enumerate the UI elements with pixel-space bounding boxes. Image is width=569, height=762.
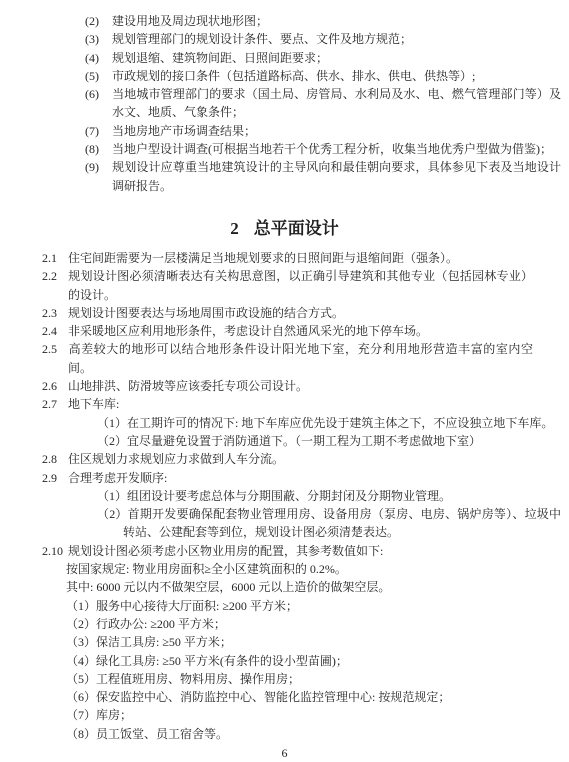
- list-item-text: 市政规划的接口条件（包括道路标高、供水、排水、供电、供热等）;: [112, 69, 475, 83]
- list-item-number: (7): [85, 122, 112, 140]
- section-item-text: 地下车库:: [68, 397, 119, 411]
- list-item-text: 规划管理部门的规划设计条件、要点、文件及地方规范；: [112, 32, 412, 46]
- list-item-number: (9): [85, 158, 112, 176]
- list-item: (4)规划退缩、建筑物间距、日照间距要求；: [85, 49, 561, 67]
- sub-item: （1）在工期许可的情况下: 地下车库应优先设于建筑主体之下，不应设独立地下车库。: [97, 414, 561, 432]
- list-item-text: 规划设计应尊重当地建筑设计的主导风向和最佳朝向要求，具体参见下表及当地设计调研报…: [112, 160, 561, 192]
- list-item-number: (8): [85, 140, 112, 158]
- section-item-number: 2.10: [42, 542, 68, 560]
- list-item: (7)当地房地产市场调查结果；: [85, 122, 561, 140]
- section-item-list: 2.1住宅间距需要为一层楼满足当地规划要求的日照间距与退缩间距（强条）。2.2规…: [42, 249, 533, 743]
- list-item: (9)规划设计应尊重当地建筑设计的主导风向和最佳朝向要求，具体参见下表及当地设计…: [85, 158, 561, 195]
- section-item-text: 非采暖地区应利用地形条件，考虑设计自然通风采光的地下停车场。: [68, 324, 428, 338]
- note-line: 按国家规定: 物业用房面积≥全小区建筑面积的 0.2%。: [66, 560, 555, 578]
- section-item: 2.1住宅间距需要为一层楼满足当地规划要求的日照间距与退缩间距（强条）。: [42, 249, 533, 267]
- section-item-number: 2.2: [42, 267, 68, 285]
- list-item-number: (6): [85, 85, 112, 103]
- section-item: 2.5高差较大的地形可以结合地形条件设计阳光地下室，充分利用地形营造丰富的室内空…: [42, 340, 533, 377]
- note-line: 其中: 6000 元以内不做架空层，6000 元以上造价的做架空层。: [66, 578, 555, 596]
- section-item-number: 2.8: [42, 450, 68, 468]
- list-item-number: (5): [85, 67, 112, 85]
- list-item: (5)市政规划的接口条件（包括道路标高、供水、排水、供电、供热等）;: [85, 67, 561, 85]
- section-item: 2.7地下车库:: [42, 395, 533, 413]
- section-item-text: 住区规划力求规划应力求做到人车分流。: [68, 452, 284, 466]
- list-item-number: (3): [85, 30, 112, 48]
- list-item-text: 当地房地产市场调查结果；: [112, 124, 256, 138]
- note-line: （3）保洁工具房: ≥50 平方米；: [66, 633, 555, 651]
- note-line: （4）绿化工具房: ≥50 平方米(有条件的设小型苗圃)；: [66, 652, 555, 670]
- list-item: (2)建设用地及周边现状地形图；: [85, 12, 561, 30]
- sub-item: （2）宜尽量避免设置于消防通道下。（一期工程为工期不考虑做地下室）: [97, 432, 561, 450]
- list-item-number: (4): [85, 49, 112, 67]
- section-item-number: 2.3: [42, 304, 68, 322]
- note-line: （1）服务中心接待大厅面积: ≥200 平方米；: [66, 597, 555, 615]
- section-item-number: 2.4: [42, 322, 68, 340]
- section-item-text: 规划设计图必须考虑小区物业用房的配置，其参考数值如下:: [68, 544, 383, 558]
- section-item-number: 2.1: [42, 249, 68, 267]
- section-heading-number: 2: [230, 219, 239, 238]
- list-item: (8)当地户型设计调查(可根据当地若干个优秀工程分析，收集当地优秀户型做为借鉴)…: [85, 140, 561, 158]
- list-item-text: 当地户型设计调查(可根据当地若干个优秀工程分析，收集当地优秀户型做为借鉴)；: [112, 142, 552, 156]
- note-line: （7）库房；: [66, 706, 555, 724]
- section-item-number: 2.6: [42, 377, 68, 395]
- section-item-text: 规划设计图要表达与场地周围市政设施的结合方式。: [68, 306, 344, 320]
- note-line: （6）保安监控中心、消防监控中心、智能化监控管理中心: 按规范规定；: [66, 688, 555, 706]
- sub-item: （2）首期开发要确保配套物业管理用房、设备用房（泵房、电房、锅炉房等）、垃圾中转…: [97, 505, 561, 542]
- page-number: 6: [0, 744, 569, 762]
- section-heading: 2总平面设计: [0, 217, 569, 241]
- section-item-text: 合理考虑开发顺序:: [68, 471, 167, 485]
- section-item-number: 2.9: [42, 469, 68, 487]
- section-item-text: 住宅间距需要为一层楼满足当地规划要求的日照间距与退缩间距（强条）。: [68, 251, 458, 265]
- section-item: 2.4非采暖地区应利用地形条件，考虑设计自然通风采光的地下停车场。: [42, 322, 533, 340]
- section-item-number: 2.5: [42, 340, 68, 358]
- section-item-text: 规划设计图必须清晰表达有关构思意图，以正确引导建筑和其他专业（包括园林专业）的设…: [68, 269, 533, 301]
- note-line: （8）员工饭堂、员工宿舍等。: [66, 725, 555, 743]
- sub-item: （1）组团设计要考虑总体与分期围蔽、分期封闭及分期物业管理。: [97, 487, 561, 505]
- list-item-text: 当地城市管理部门的要求（国土局、房管局、水利局及水、电、燃气管理部门等）及水文、…: [112, 87, 561, 119]
- section-item: 2.2规划设计图必须清晰表达有关构思意图，以正确引导建筑和其他专业（包括园林专业…: [42, 267, 533, 304]
- section-item: 2.8住区规划力求规划应力求做到人车分流。: [42, 450, 533, 468]
- list-item-text: 规划退缩、建筑物间距、日照间距要求；: [112, 51, 328, 65]
- list-item: (3)规划管理部门的规划设计条件、要点、文件及地方规范；: [85, 30, 561, 48]
- intro-list: (2)建设用地及周边现状地形图；(3)规划管理部门的规划设计条件、要点、文件及地…: [85, 12, 561, 195]
- section-item: 2.3规划设计图要表达与场地周围市政设施的结合方式。: [42, 304, 533, 322]
- list-item: (6)当地城市管理部门的要求（国土局、房管局、水利局及水、电、燃气管理部门等）及…: [85, 85, 561, 122]
- section-heading-title: 总平面设计: [254, 219, 339, 238]
- note-line: （5）工程值班用房、物料用房、操作用房；: [66, 670, 555, 688]
- list-item-number: (2): [85, 12, 112, 30]
- section-item: 2.9合理考虑开发顺序:: [42, 469, 533, 487]
- section-item-text: 高差较大的地形可以结合地形条件设计阳光地下室，充分利用地形营造丰富的室内空间。: [68, 342, 533, 374]
- section-item: 2.6山地排洪、防滑坡等应该委托专项公司设计。: [42, 377, 533, 395]
- section-item-text: 山地排洪、防滑坡等应该委托专项公司设计。: [68, 379, 308, 393]
- list-item-text: 建设用地及周边现状地形图；: [112, 14, 268, 28]
- section-item-number: 2.7: [42, 395, 68, 413]
- document-page: (2)建设用地及周边现状地形图；(3)规划管理部门的规划设计条件、要点、文件及地…: [0, 0, 569, 762]
- section-item: 2.10规划设计图必须考虑小区物业用房的配置，其参考数值如下:: [42, 542, 533, 560]
- note-line: （2）行政办公: ≥200 平方米；: [66, 615, 555, 633]
